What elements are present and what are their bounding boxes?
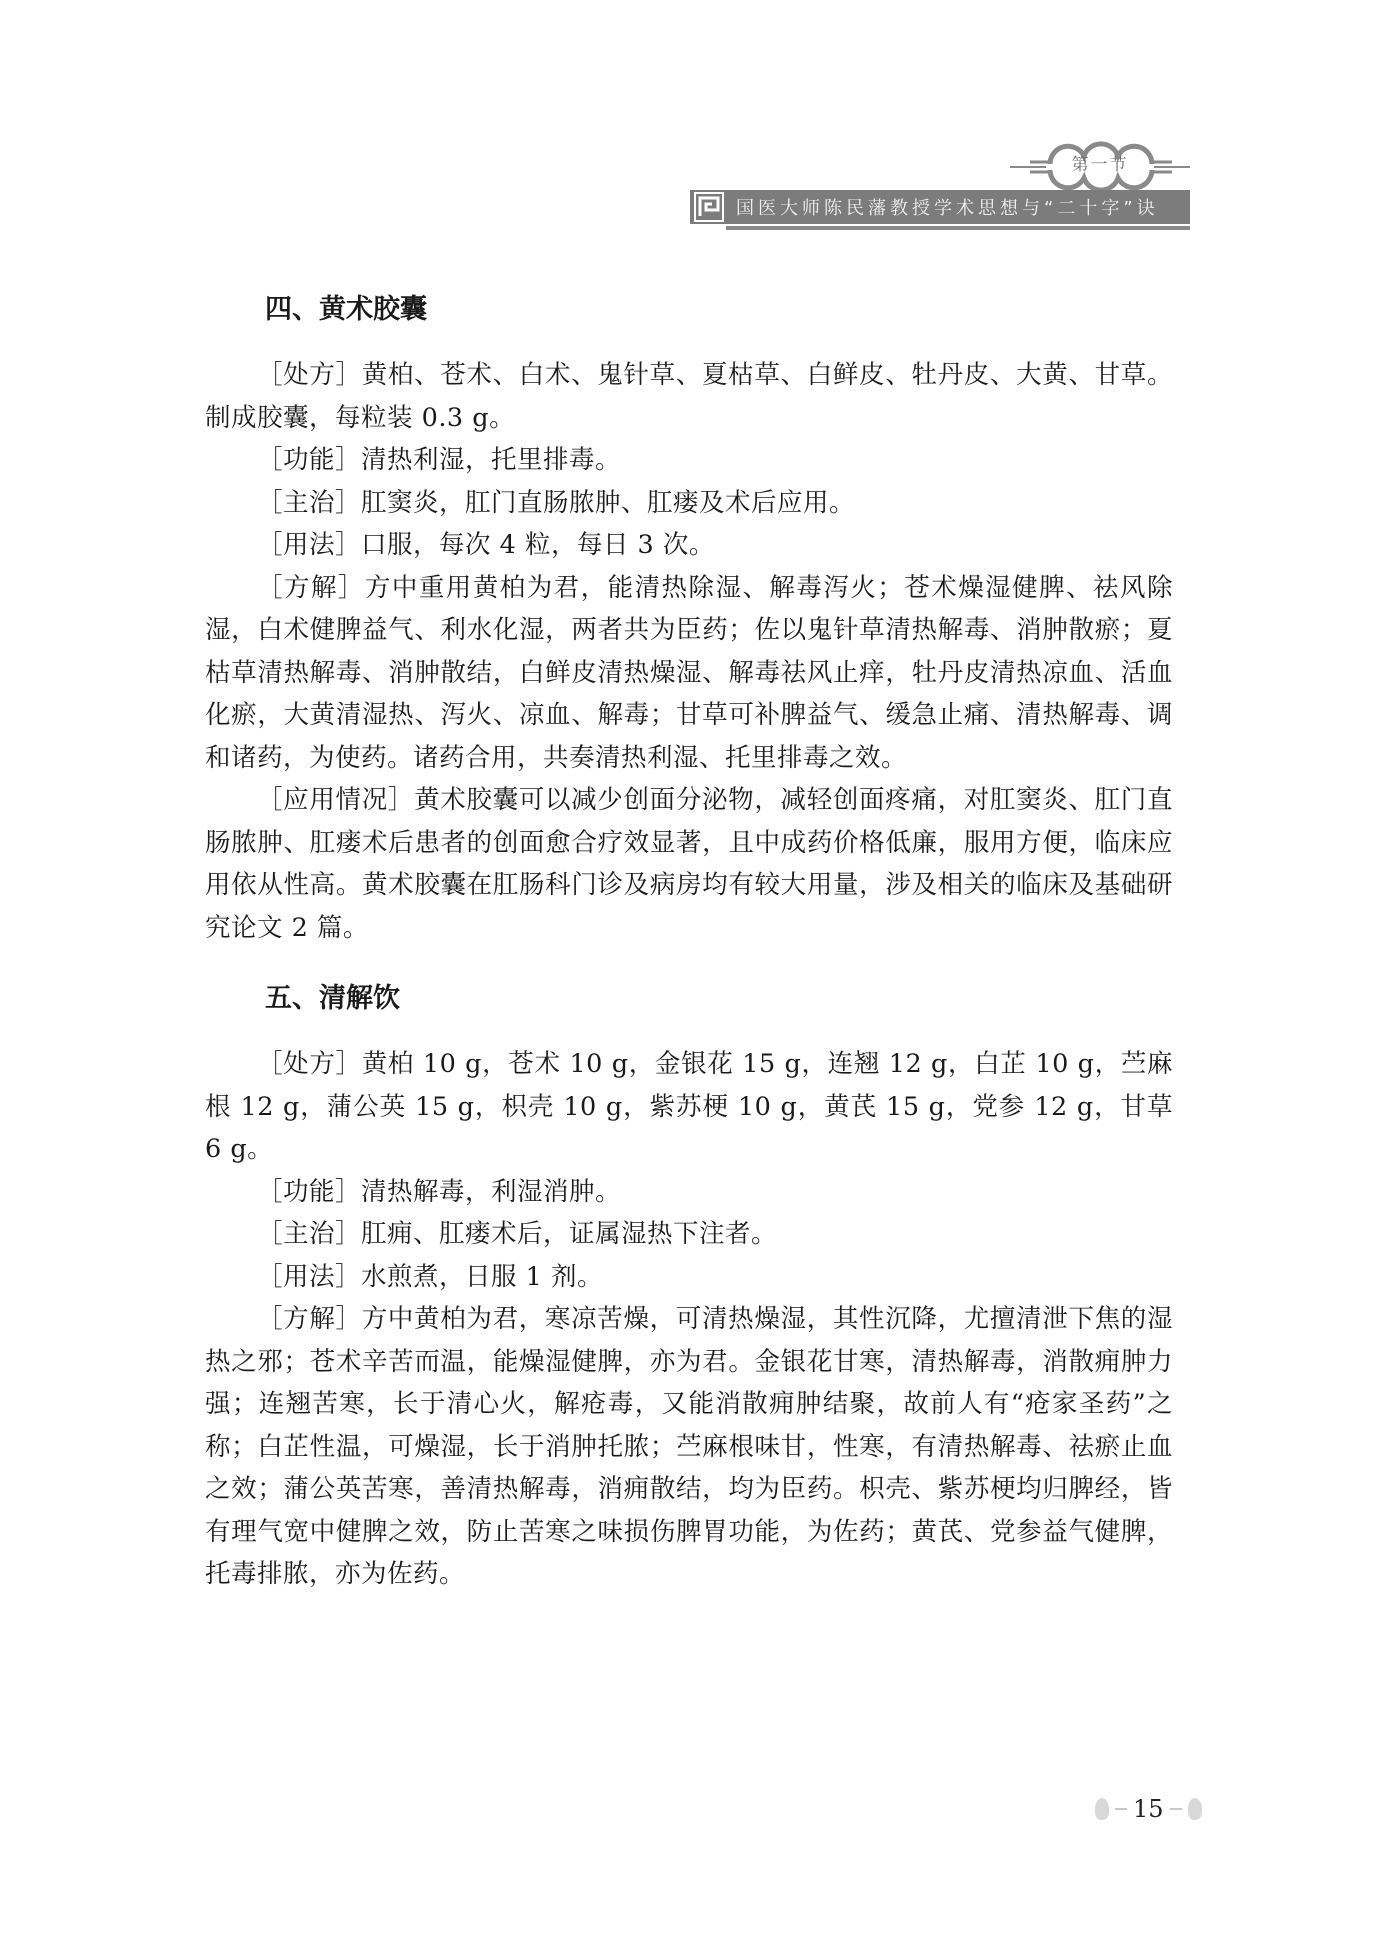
paragraph-explanation: ［方解］方中黄柏为君，寒凉苦燥，可清热燥湿，其性沉降，尤擅清泄下焦的湿热之邪；苍… (205, 1298, 1173, 1596)
leaf-ornament-right-icon (1188, 1798, 1202, 1820)
paragraph-text: 肛痈、肛瘘术后，证属湿热下注者。 (361, 1219, 777, 1249)
page-number: 15 (1133, 1795, 1164, 1823)
section-qingjie-decoction: 五、清解饮 ［处方］黄柏 10 g，苍术 10 g，金银花 15 g，连翘 12… (205, 979, 1173, 1596)
paragraph-tag: ［处方］ (257, 1049, 362, 1079)
paragraph-text: 清热利湿，托里排毒。 (361, 445, 621, 475)
paragraph-indication: ［主治］肛痈、肛瘘术后，证属湿热下注者。 (205, 1213, 1173, 1256)
fret-pattern-icon (694, 192, 724, 222)
section-huangzhu-capsule: 四、黄术胶囊 ［处方］黄柏、苍术、白术、鬼针草、夏枯草、白鲜皮、牡丹皮、大黄、甘… (205, 290, 1173, 949)
running-header: 国医大师陈民藩教授学术思想与“二十字”诀 (690, 190, 1190, 224)
paragraph-text: 方中黄柏为君，寒凉苦燥，可清热燥湿，其性沉降，尤擅清泄下焦的湿热之邪；苍术辛苦而… (205, 1304, 1173, 1589)
paragraph-prescription: ［处方］黄柏、苍术、白术、鬼针草、夏枯草、白鲜皮、牡丹皮、大黄、甘草。制成胶囊，… (205, 354, 1173, 439)
paragraph-function: ［功能］清热利湿，托里排毒。 (205, 439, 1173, 482)
section-heading: 五、清解饮 (205, 979, 1173, 1029)
paragraph-text: 水煎煮，日服 1 剂。 (361, 1262, 603, 1292)
paragraph-tag: ［方解］ (257, 1304, 362, 1334)
paragraph-function: ［功能］清热解毒，利湿消肿。 (205, 1171, 1173, 1214)
paragraph-text: 口服，每次 4 粒，每日 3 次。 (361, 530, 715, 560)
chapter-label: 第一节 (1060, 150, 1140, 175)
running-title: 国医大师陈民藩教授学术思想与“二十字”诀 (736, 194, 1159, 220)
paragraph-indication: ［主治］肛窦炎，肛门直肠脓肿、肛瘘及术后应用。 (205, 482, 1173, 525)
paragraph-explanation: ［方解］方中重用黄柏为君，能清热除湿、解毒泻火；苍术燥湿健脾、祛风除湿，白术健脾… (205, 567, 1173, 780)
paragraph-usage: ［用法］水煎煮，日服 1 剂。 (205, 1256, 1173, 1299)
paragraph-usage: ［用法］口服，每次 4 粒，每日 3 次。 (205, 524, 1173, 567)
paragraph-tag: ［主治］ (257, 488, 361, 518)
paragraph-tag: ［应用情况］ (257, 785, 414, 815)
paragraph-application: ［应用情况］黄术胶囊可以减少创面分泌物，减轻创面疼痛，对肛窦炎、肛门直肠脓肿、肛… (205, 779, 1173, 949)
paragraph-prescription: ［处方］黄柏 10 g，苍术 10 g，金银花 15 g，连翘 12 g，白芷 … (205, 1043, 1173, 1171)
paragraph-text: 清热解毒，利湿消肿。 (361, 1177, 621, 1207)
page-footer: 15 (1095, 1795, 1202, 1823)
paragraph-tag: ［功能］ (257, 445, 361, 475)
leaf-ornament-left-icon (1095, 1798, 1109, 1820)
paragraph-tag: ［用法］ (257, 530, 361, 560)
page-content: 四、黄术胶囊 ［处方］黄柏、苍术、白术、鬼针草、夏枯草、白鲜皮、牡丹皮、大黄、甘… (205, 290, 1173, 1596)
paragraph-tag: ［处方］ (257, 360, 362, 390)
ornament-line (1115, 1808, 1127, 1810)
ornament-line (1170, 1808, 1182, 1810)
paragraph-tag: ［主治］ (257, 1219, 361, 1249)
paragraph-tag: ［用法］ (257, 1262, 361, 1292)
paragraph-tag: ［功能］ (257, 1177, 361, 1207)
paragraph-tag: ［方解］ (257, 573, 365, 603)
paragraph-text: 肛窦炎，肛门直肠脓肿、肛瘘及术后应用。 (361, 488, 855, 518)
chapter-ornament: 第一节 (1010, 140, 1190, 192)
section-heading: 四、黄术胶囊 (205, 290, 1173, 340)
